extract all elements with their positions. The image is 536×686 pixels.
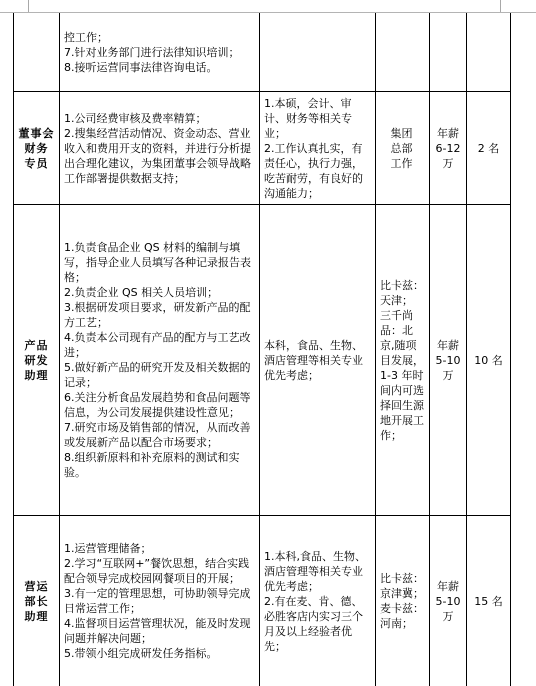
requirement-item: 本科，食品、生物、酒店管理等相关专业优先考虑； — [264, 338, 371, 383]
duty-item: 2.学习“互联网+”餐饮思想，结合实践配合领导完成校园网餐项目的开展； — [64, 556, 255, 586]
duty-item: 3.有一定的管理思想，可协助领导完成日常运营工作； — [64, 586, 255, 616]
duty-item: 5.做好新产品的研究开发及相关数据的记录； — [64, 360, 255, 390]
table-row: 营运 部长 助理 1.运营管理储备； 2.学习“互联网+”餐饮思想，结合实践配合… — [14, 516, 511, 686]
duty-item: 1.负责食品企业 QS 材料的编制与填写，指导企业人员填写各种记录报告表格； — [64, 240, 255, 285]
table-row: 董事会 财务 专员 1.公司经费审核及费率精算； 2.搜集经营活动情况、资金动态… — [14, 92, 511, 205]
requirement-item: 2.工作认真扎实，有责任心，执行力强，吃苦耐劳，有良好的沟通能力； — [264, 141, 371, 201]
table-row: 控工作； 7.针对业务部门进行法律知识培训； 8.接听运营同事法律咨询电话。 — [14, 13, 511, 92]
previous-page-table-border-left — [28, 0, 29, 12]
recruitment-table: 控工作； 7.针对业务部门进行法律知识培训； 8.接听运营同事法律咨询电话。 董… — [13, 13, 511, 686]
duty-item: 8.接听运营同事法律咨询电话。 — [64, 60, 255, 75]
duty-item: 3.根据研发项目要求，研发新产品的配方工艺； — [64, 300, 255, 330]
duty-item: 1.运营管理储备； — [64, 541, 255, 556]
duty-item: 8.组织新原料和补充原料的测试和实验。 — [64, 450, 255, 480]
salary-cell[interactable]: 年薪 5-10 万 — [430, 205, 467, 516]
previous-page-table-border-right — [500, 0, 501, 12]
word-document-page: { "page": { "background": "#ffffff", "pa… — [0, 0, 536, 686]
headcount-cell[interactable]: 10 名 — [467, 205, 511, 516]
location-cell[interactable]: 集团 总部 工作 — [376, 92, 430, 205]
duty-item: 5.带领小组完成研发任务指标。 — [64, 646, 255, 661]
location-cell[interactable] — [376, 13, 430, 92]
duties-cell[interactable]: 控工作； 7.针对业务部门进行法律知识培训； 8.接听运营同事法律咨询电话。 — [60, 13, 260, 92]
duty-item: 控工作； — [64, 30, 255, 45]
table-row: 产品 研发 助理 1.负责食品企业 QS 材料的编制与填写，指导企业人员填写各种… — [14, 205, 511, 516]
headcount-cell[interactable]: 15 名 — [467, 516, 511, 686]
requirement-item: 1.本科,食品、生物、酒店管理等相关专业优先考虑； — [264, 549, 371, 594]
position-cell[interactable]: 营运 部长 助理 — [14, 516, 60, 686]
requirements-cell[interactable]: 本科，食品、生物、酒店管理等相关专业优先考虑； — [260, 205, 376, 516]
duty-item: 1.公司经费审核及费率精算； — [64, 111, 255, 126]
headcount-cell[interactable]: 2 名 — [467, 92, 511, 205]
requirement-item: 2.有在麦、肯、德、必胜客店内实习三个月及以上经验者优先； — [264, 594, 371, 654]
duty-item: 4.负责本公司现有产品的配方与工艺改进； — [64, 330, 255, 360]
location-cell[interactable]: 比卡兹： 天津； 三千尚品：北京,随项目发展，1-3 年时间内可选择回生源地开展… — [376, 205, 430, 516]
location-cell[interactable]: 比卡兹： 京津冀； 麦卡兹： 河南； — [376, 516, 430, 686]
requirements-cell[interactable]: 1.本科,食品、生物、酒店管理等相关专业优先考虑； 2.有在麦、肯、德、必胜客店… — [260, 516, 376, 686]
duty-item: 6.关注分析食品发展趋势和食品问题等信息，为公司发展提供建设性意见； — [64, 390, 255, 420]
duty-item: 2.搜集经营活动情况、资金动态、营业收入和费用开支的资料，并进行分析提出合理化建… — [64, 126, 255, 186]
requirements-cell[interactable] — [260, 13, 376, 92]
position-cell[interactable]: 董事会 财务 专员 — [14, 92, 60, 205]
duties-cell[interactable]: 1.公司经费审核及费率精算； 2.搜集经营活动情况、资金动态、营业收入和费用开支… — [60, 92, 260, 205]
requirements-cell[interactable]: 1.本硕，会计、审计、财务等相关专业； 2.工作认真扎实，有责任心，执行力强，吃… — [260, 92, 376, 205]
requirement-item: 1.本硕，会计、审计、财务等相关专业； — [264, 96, 371, 141]
duty-item: 2.负责企业 QS 相关人员培训； — [64, 285, 255, 300]
duties-cell[interactable]: 1.负责食品企业 QS 材料的编制与填写，指导企业人员填写各种记录报告表格； 2… — [60, 205, 260, 516]
headcount-cell[interactable] — [467, 13, 511, 92]
duty-item: 7.针对业务部门进行法律知识培训； — [64, 45, 255, 60]
duties-cell[interactable]: 1.运营管理储备； 2.学习“互联网+”餐饮思想，结合实践配合领导完成校园网餐项… — [60, 516, 260, 686]
salary-cell[interactable]: 年薪 5-10 万 — [430, 516, 467, 686]
position-cell[interactable]: 产品 研发 助理 — [14, 205, 60, 516]
position-cell[interactable] — [14, 13, 60, 92]
salary-cell[interactable]: 年薪 6-12 万 — [430, 92, 467, 205]
duty-item: 7.研究市场及销售部的情况，从而改善或发展新产品以配合市场要求； — [64, 420, 255, 450]
duty-item: 4.监督项目运营管理状况，能及时发现问题并解决问题； — [64, 616, 255, 646]
salary-cell[interactable] — [430, 13, 467, 92]
